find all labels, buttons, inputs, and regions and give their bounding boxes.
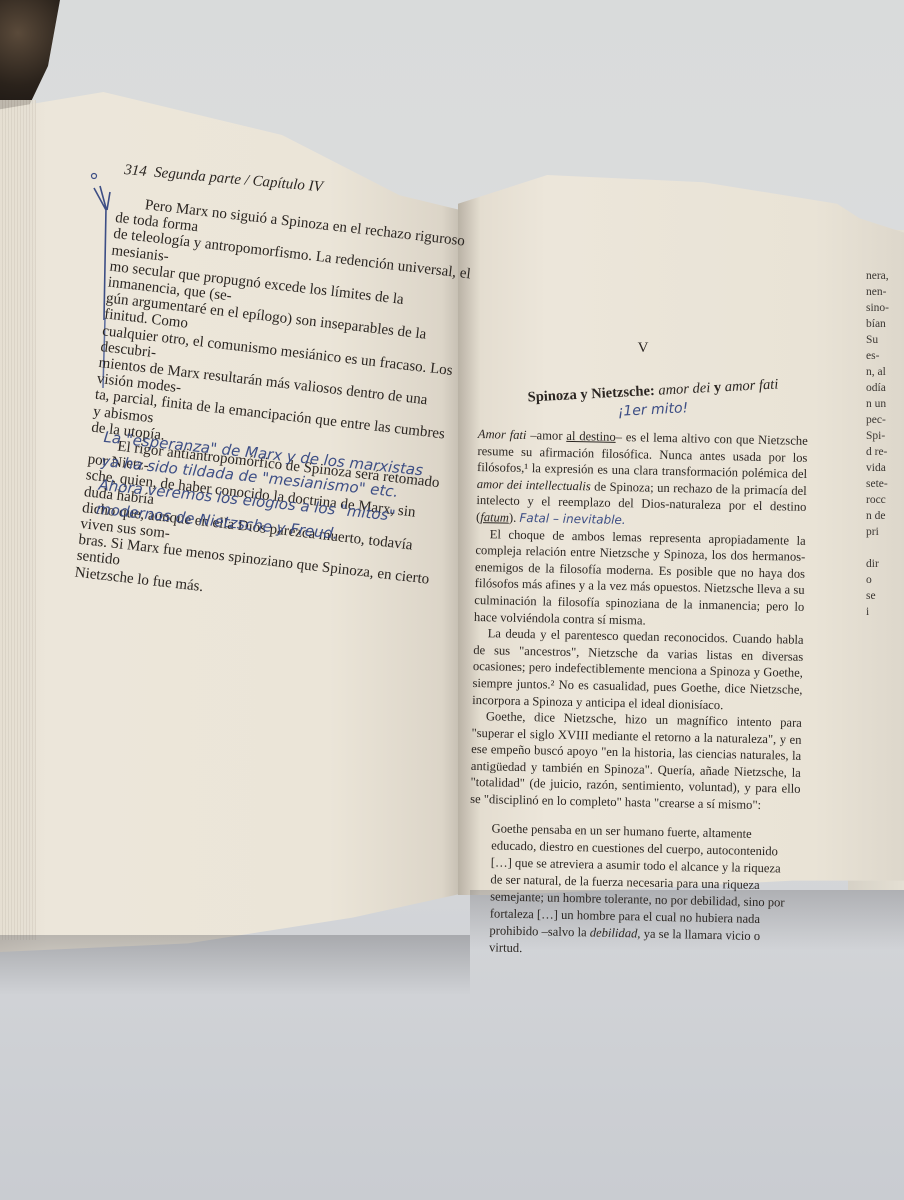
quote-text: Goethe pensaba en un ser humano fuerte, … (489, 821, 784, 939)
underlined-text: al destino (566, 429, 616, 444)
chapter-title-text: y (710, 379, 725, 396)
paragraph: El choque de ambos lemas representa apro… (474, 526, 806, 632)
paragraph: La deuda y el parentesco quedan reconoci… (472, 625, 804, 715)
text-fragment: bían (866, 316, 889, 332)
right-page-body: Amor fati –amor al destino– es el lema a… (467, 426, 808, 962)
text-fragment: nera, (866, 268, 889, 284)
text-fragment: Su (866, 332, 889, 348)
next-page-text-fragments: nera, nen- sino- bían Su es- n, al odía … (866, 268, 889, 620)
chapter-title-italic: amor dei (658, 380, 711, 399)
text-fragment: se (866, 588, 889, 604)
text-fragment: i (866, 604, 889, 620)
chapter-title-italic: amor fati (724, 376, 778, 395)
book-shadow (0, 935, 470, 995)
text-fragment: es- (866, 348, 889, 364)
chapter-number: V (458, 340, 828, 357)
text-fragment: n de (866, 508, 889, 524)
spacer (866, 540, 889, 556)
text-fragment: o (866, 572, 889, 588)
text-fragment: odía (866, 380, 889, 396)
text-fragment: pri (866, 524, 889, 540)
text-fragment: n un (866, 396, 889, 412)
paragraph: Amor fati –amor al destino– es el lema a… (476, 426, 808, 532)
text-fragment: vida (866, 460, 889, 476)
text-fragment: n, al (866, 364, 889, 380)
underlined-italic-text: fatum (480, 510, 509, 525)
text: –amor (526, 428, 566, 443)
italic-text: amor dei intellectualis (477, 477, 591, 493)
italic-text: Amor fati (478, 427, 527, 442)
background-object (0, 0, 60, 110)
block-quote: Goethe pensaba en un ser humano fuerte, … (489, 820, 792, 962)
page-number: 314 (124, 162, 148, 180)
text-fragment: pec- (866, 412, 889, 428)
text: ). (509, 511, 517, 525)
right-page-content: V Spinoza y Nietzsche: amor dei y amor f… (478, 340, 828, 956)
italic-text: debilidad (590, 925, 638, 940)
left-page-body: Pero Marx no siguió a Spinoza en el rech… (74, 194, 476, 621)
text-fragment: nen- (866, 284, 889, 300)
text-fragment: sete- (866, 476, 889, 492)
text-fragment: d re- (866, 444, 889, 460)
text-fragment: dir (866, 556, 889, 572)
handwritten-inline-note: Fatal – inevitable. (519, 511, 626, 527)
paragraph: Goethe, dice Nietzsche, hizo un magnífic… (470, 708, 802, 814)
page-edges (0, 100, 36, 940)
text-fragment: sino- (866, 300, 889, 316)
text-fragment: Spi- (866, 428, 889, 444)
text-fragment: rocc (866, 492, 889, 508)
